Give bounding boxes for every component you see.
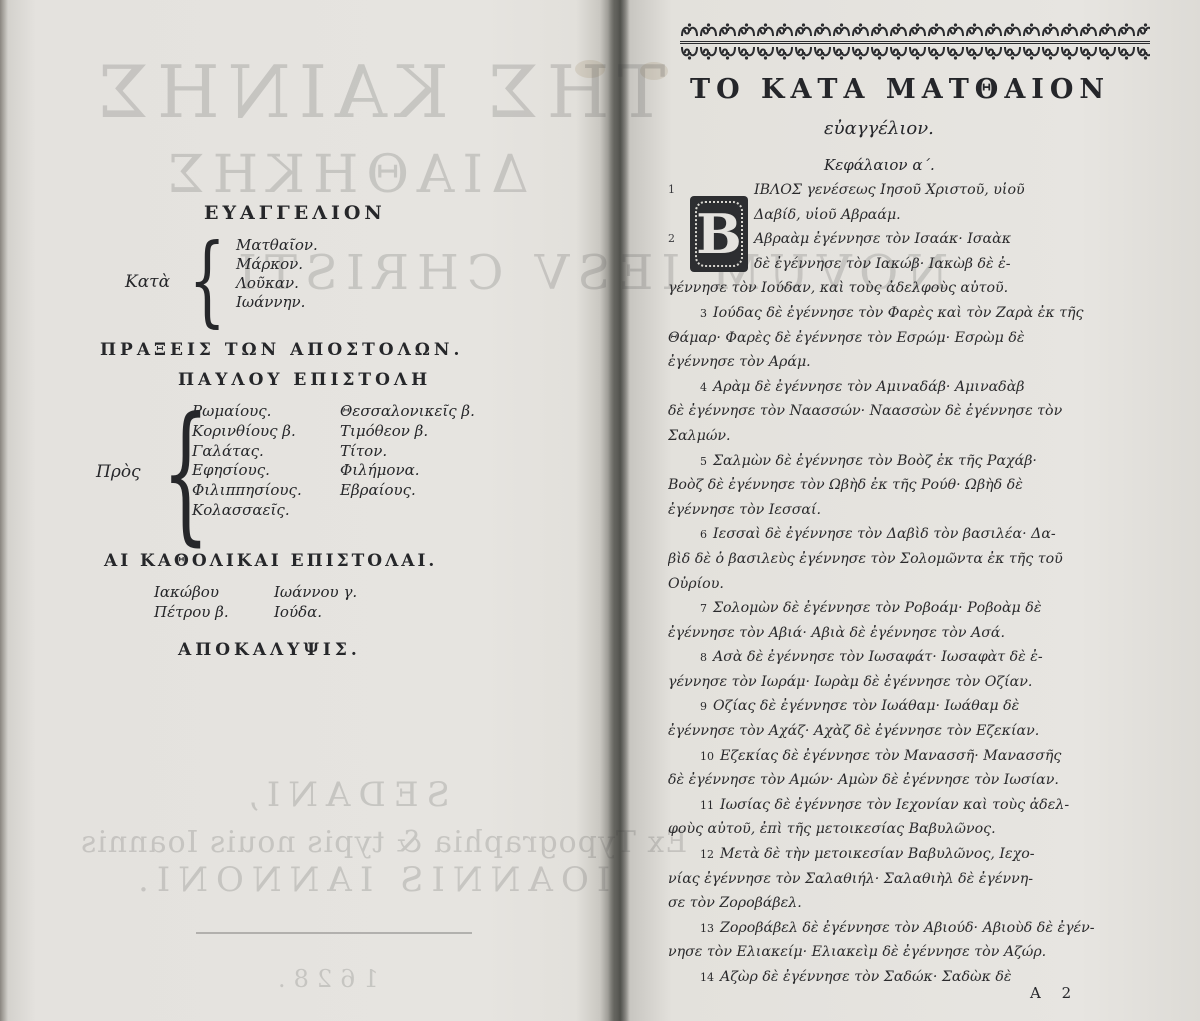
verse-number: 3 xyxy=(668,302,707,326)
text-line: ἐγέννησε τὸν Αβιά· Αβιὰ δὲ ἐγέννησε τὸν … xyxy=(668,621,1168,646)
text-line: δὲ ἐγέννησε τὸν Ναασσών· Ναασσὼν δὲ ἐγέν… xyxy=(668,399,1168,424)
show-through-rule xyxy=(196,932,472,934)
verse-number: 14 xyxy=(668,966,714,990)
text-line: Οὐρίου. xyxy=(668,572,1168,597)
kata-label: Κατὰ xyxy=(125,272,170,292)
ornament-fleuron-icon xyxy=(908,22,927,39)
show-through-text: ΔΙΑΘΗΚΗΣ xyxy=(160,145,529,205)
list-item: Πέτρου β. xyxy=(154,602,274,622)
list-item: Εφησίους. xyxy=(192,461,340,481)
verse-number: 12 xyxy=(668,843,714,867)
text-line: ἐγέννησε τὸν Αχάζ· Αχὰζ δὲ ἐγέννησε τὸν … xyxy=(668,719,1168,744)
text-line: 6Ιεσσαὶ δὲ ἐγέννησε τὸν Δαβὶδ τὸν βασιλέ… xyxy=(668,522,1168,547)
list-item xyxy=(340,501,520,521)
text-line: 14Αζὼρ δὲ ἐγέννησε τὸν Σαδώκ· Σαδὼκ δὲ xyxy=(668,965,1168,990)
verse-number: 5 xyxy=(668,450,707,474)
ornament-fleuron-icon xyxy=(775,22,794,39)
ornament-fleuron-icon xyxy=(851,22,870,39)
pros-label: Πρὸς xyxy=(96,462,141,482)
verse-number: 10 xyxy=(668,745,714,769)
ornament-fleuron-icon xyxy=(794,44,813,61)
pauline-epistles-list: Ρωμαίους. Θεσσαλονικεῖς β. Κορινθίους β.… xyxy=(192,402,520,521)
show-through-text: Ex Typographia & typis nouis Ioannis xyxy=(80,825,687,860)
heading-katholikai: ΑΙ ΚΑΘΟΛΙΚΑΙ ΕΠΙΣΤΟΛΑΙ. xyxy=(104,551,437,571)
verse-number: 2 xyxy=(668,227,688,252)
verse-text: Ζοροβάβελ δὲ ἐγέννησε τὸν Αβιούδ· Αβιοὺδ… xyxy=(720,920,1095,936)
chapter-heading: Κεφάλαιον α΄. xyxy=(824,156,935,174)
text-line: νίας ἐγέννησε τὸν Σαλαθιήλ· Σαλαθιὴλ δὲ … xyxy=(668,867,1168,892)
verse-text: δὲ ἐγέννησε τὸν Ναασσών· Ναασσὼν δὲ ἐγέν… xyxy=(668,403,1062,419)
list-item: Κολασσαεῖς. xyxy=(192,501,340,521)
verse-number: 4 xyxy=(668,376,707,400)
verse-text: Αζὼρ δὲ ἐγέννησε τὸν Σαδώκ· Σαδὼκ δὲ xyxy=(720,969,1012,985)
verse-text: Ιούδας δὲ ἐγέννησε τὸν Φαρὲς καὶ τὸν Ζαρ… xyxy=(713,305,1084,321)
list-item: Τίτον. xyxy=(340,442,520,462)
ornament-fleuron-icon xyxy=(813,44,832,61)
ornament-fleuron-icon xyxy=(718,22,737,39)
verse-text: ἐγέννησε τὸν Αχάζ· Αχὰζ δὲ ἐγέννησε τὸν … xyxy=(668,723,1039,739)
heading-praxeis: ΠΡΑΞΕΙΣ ΤΩΝ ΑΠΟΣΤΟΛΩΝ. xyxy=(100,340,463,360)
verse-number: 13 xyxy=(668,917,714,941)
list-item: Κορινθίους β. xyxy=(192,422,340,442)
verse-text: Βοὸζ δὲ ἐγέννησε τὸν Ωβὴδ ἐκ τῆς Ρούθ· Ω… xyxy=(668,477,1023,493)
text-line: 2Αβραὰμ ἐγέννησε τὸν Ισαάκ· Ισαὰκ xyxy=(668,227,1168,252)
list-item: Φιλήμονα. xyxy=(340,461,520,481)
ornament-fleuron-icon xyxy=(737,44,756,61)
ornament-fleuron-icon xyxy=(775,44,794,61)
brace-icon: { xyxy=(188,232,225,330)
list-item: Ματθαῖον. xyxy=(236,236,318,255)
text-line: 10Εζεκίας δὲ ἐγέννησε τὸν Μανασσῆ· Μανασ… xyxy=(668,744,1168,769)
ornament-fleuron-icon xyxy=(927,44,946,61)
text-line: νησε τὸν Ελιακείμ· Ελιακεὶμ δὲ ἐγέννησε … xyxy=(668,940,1168,965)
ornament-fleuron-icon xyxy=(1003,44,1022,61)
verse-text: δὲ ἐγέννησε τὸν Αμών· Αμὼν δὲ ἐγέννησε τ… xyxy=(668,772,1059,788)
text-line: 11Ιωσίας δὲ ἐγέννησε τὸν Ιεχονίαν καὶ το… xyxy=(668,793,1168,818)
verse-number: 9 xyxy=(668,695,707,719)
show-through-text: 1628. xyxy=(270,965,379,993)
ornament-fleuron-icon xyxy=(737,22,756,39)
verse-text: ἐγέννησε τὸν Αράμ. xyxy=(668,354,811,370)
ornament-fleuron-icon xyxy=(1079,22,1098,39)
ornament-fleuron-icon xyxy=(813,22,832,39)
ornament-fleuron-icon xyxy=(870,22,889,39)
ornament-fleuron-icon xyxy=(1060,22,1079,39)
verse-text: Οζίας δὲ ἐγέννησε τὸν Ιωάθαμ· Ιωάθαμ δὲ xyxy=(713,698,1019,714)
ornament-fleuron-icon xyxy=(946,44,965,61)
text-line: ἐγέννησε τὸν Ιεσσαί. xyxy=(668,498,1168,523)
ornament-fleuron-icon xyxy=(889,44,908,61)
verse-text: βὶδ δὲ ὁ βασιλεὺς ἐγέννησε τὸν Σολομῶντα… xyxy=(668,551,1063,567)
ornament-fleuron-icon xyxy=(756,44,775,61)
heading-apokalypsis: ΑΠΟΚΑΛΥΨΙΣ. xyxy=(178,640,361,660)
text-line: 4Αρὰμ δὲ ἐγέννησε τὸν Αμιναδάβ· Αμιναδὰβ xyxy=(668,375,1168,400)
ornament-fleuron-icon xyxy=(794,22,813,39)
text-line: 3Ιούδας δὲ ἐγέννησε τὸν Φαρὲς καὶ τὸν Ζα… xyxy=(668,301,1168,326)
verse-text: ἐγέννησε τὸν Ιεσσαί. xyxy=(668,502,821,518)
ornament-fleuron-icon xyxy=(1098,44,1117,61)
ornament-fleuron-icon xyxy=(1136,22,1150,39)
verse-number: 7 xyxy=(668,597,707,621)
verse-number: 1 xyxy=(668,178,688,203)
text-line: γέννησε τὸν Ιωράμ· Ιωρὰμ δὲ ἐγέννησε τὸν… xyxy=(668,670,1168,695)
ornament-fleuron-icon xyxy=(1098,22,1117,39)
book-gutter xyxy=(608,0,630,1021)
text-line: Θάμαρ· Φαρὲς δὲ ἐγέννησε τὸν Εσρώμ· Εσρὼ… xyxy=(668,326,1168,351)
ornament-fleuron-icon xyxy=(832,44,851,61)
verse-number: 11 xyxy=(668,794,714,818)
text-line: 9Οζίας δὲ ἐγέννησε τὸν Ιωάθαμ· Ιωάθαμ δὲ xyxy=(668,694,1168,719)
text-line: γέννησε τὸν Ιούδαν, καὶ τοὺς ἀδελφοὺς αὐ… xyxy=(668,276,1168,301)
verse-text: γέννησε τὸν Ιούδαν, καὶ τοὺς ἀδελφοὺς αὐ… xyxy=(668,280,1008,296)
ornament-fleuron-icon xyxy=(1022,22,1041,39)
verse-text: ἐγέννησε τὸν Αβιά· Αβιὰ δὲ ἐγέννησε τὸν … xyxy=(668,625,1005,641)
catholic-epistles-list: Ιακώβου Ιωάννου γ. Πέτρου β. Ιούδα. xyxy=(154,582,394,622)
verse-text: Σαλμὼν δὲ ἐγέννησε τὸν Βοὸζ ἐκ τῆς Ραχάβ… xyxy=(713,453,1037,469)
ornament-fleuron-icon xyxy=(984,44,1003,61)
ornament-fleuron-icon xyxy=(718,44,737,61)
list-item: Θεσσαλονικεῖς β. xyxy=(340,402,520,422)
list-item: Εβραίους. xyxy=(340,481,520,501)
ornament-fleuron-icon xyxy=(1117,22,1136,39)
ornament-fleuron-icon xyxy=(851,44,870,61)
ornament-fleuron-icon xyxy=(965,22,984,39)
text-line: 13Ζοροβάβελ δὲ ἐγέννησε τὸν Αβιούδ· Αβιο… xyxy=(668,916,1168,941)
list-item: Γαλάτας. xyxy=(192,442,340,462)
verse-text: Ιεσσαὶ δὲ ἐγέννησε τὸν Δαβὶδ τὸν βασιλέα… xyxy=(713,526,1056,542)
text-line: ἐγέννησε τὸν Αράμ. xyxy=(668,350,1168,375)
text-line: βὶδ δὲ ὁ βασιλεὺς ἐγέννησε τὸν Σολομῶντα… xyxy=(668,547,1168,572)
signature-mark: A 2 xyxy=(1030,984,1079,1002)
ornament-fleuron-icon xyxy=(1041,44,1060,61)
list-item: Ιωάννου γ. xyxy=(274,582,394,602)
verse-number: 8 xyxy=(668,646,707,670)
ornament-fleuron-icon xyxy=(699,44,718,61)
list-item: Τιμόθεον β. xyxy=(340,422,520,442)
show-through-text: SEDANI, xyxy=(240,775,450,815)
text-line: Βοὸζ δὲ ἐγέννησε τὸν Ωβὴδ ἐκ τῆς Ρούθ· Ω… xyxy=(668,473,1168,498)
ornament-fleuron-icon xyxy=(756,22,775,39)
verse-number: 6 xyxy=(668,523,707,547)
heading-evangelion: ΕΥΑΓΓΕΛΙΟΝ xyxy=(204,202,386,224)
ornament-fleuron-icon xyxy=(908,44,927,61)
ornament-band xyxy=(680,22,1150,41)
ornament-fleuron-icon xyxy=(1022,44,1041,61)
show-through-text: ΤΗΣ ΚΑΙΝΗΣ xyxy=(90,50,666,134)
text-line: 7Σολομὼν δὲ ἐγέννησε τὸν Ροβοάμ· Ροβοὰμ … xyxy=(668,596,1168,621)
verse-text: σε τὸν Ζοροβάβελ. xyxy=(668,895,802,911)
text-line: σε τὸν Ζοροβάβελ. xyxy=(668,891,1168,916)
verse-text: Μετὰ δὲ τὴν μετοικεσίαν Βαβυλῶνος, Ιεχο- xyxy=(720,846,1035,862)
ornament-fleuron-icon xyxy=(1041,22,1060,39)
ornament-fleuron-icon xyxy=(1117,44,1136,61)
ornament-fleuron-icon xyxy=(699,22,718,39)
verse-text: Σολομὼν δὲ ἐγέννησε τὸν Ροβοάμ· Ροβοὰμ δ… xyxy=(713,600,1041,616)
list-item: Ιακώβου xyxy=(154,582,274,602)
text-line: 12Μετὰ δὲ τὴν μετοικεσίαν Βαβυλῶνος, Ιεχ… xyxy=(668,842,1168,867)
list-item: Ρωμαίους. xyxy=(192,402,340,422)
ornament-fleuron-icon xyxy=(680,22,699,39)
verse-text: Δαβίδ, υἱοῦ Αβραάμ. xyxy=(754,207,901,223)
ornament-fleuron-icon xyxy=(1079,44,1098,61)
verse-text: Οὐρίου. xyxy=(668,576,724,592)
page-edge xyxy=(0,0,8,1021)
gospel-list: Ματθαῖον. Μάρκον. Λοῦκαν. Ιωάννην. xyxy=(236,236,318,312)
ornament-fleuron-icon xyxy=(870,44,889,61)
ornament-fleuron-icon xyxy=(1003,22,1022,39)
text-line: 8Ασὰ δὲ ἐγέννησε τὸν Ιωσαφάτ· Ιωσαφὰτ δὲ… xyxy=(668,645,1168,670)
verse-text: γέννησε τὸν Ιωράμ· Ιωρὰμ δὲ ἐγέννησε τὸν… xyxy=(668,674,1032,690)
text-line: δὲ ἐγέννησε τὸν Αμών· Αμὼν δὲ ἐγέννησε τ… xyxy=(668,768,1168,793)
verse-text: νησε τὸν Ελιακείμ· Ελιακεὶμ δὲ ἐγέννησε … xyxy=(668,944,1046,960)
text-line: φοὺς αὐτοῦ, ἐπὶ τῆς μετοικεσίας Βαβυλῶνο… xyxy=(668,817,1168,842)
verse-text: Ιωσίας δὲ ἐγέννησε τὸν Ιεχονίαν καὶ τοὺς… xyxy=(720,797,1069,813)
verse-text: Ασὰ δὲ ἐγέννησε τὸν Ιωσαφάτ· Ιωσαφὰτ δὲ … xyxy=(713,649,1043,665)
show-through-text: IOANNIS IANNONI. xyxy=(130,860,610,900)
verse-text: Θάμαρ· Φαρὲς δὲ ἐγέννησε τὸν Εσρώμ· Εσρὼ… xyxy=(668,330,1024,346)
text-line: Σαλμών. xyxy=(668,424,1168,449)
ornament-fleuron-icon xyxy=(946,22,965,39)
ornament-fleuron-icon xyxy=(832,22,851,39)
ornament-band xyxy=(680,44,1150,63)
verse-text: ΙΒΛΟΣ γενέσεως Ιησοῦ Χριστοῦ, υἱοῦ xyxy=(754,182,1025,198)
text-line: Δαβίδ, υἱοῦ Αβραάμ. xyxy=(668,203,1168,228)
verse-text: Αβραὰμ ἐγέννησε τὸν Ισαάκ· Ισαὰκ xyxy=(754,231,1011,247)
heading-paulou: ΠΑΥΛΟΥ ΕΠΙΣΤΟΛΗ xyxy=(178,370,431,390)
verse-text: φοὺς αὐτοῦ, ἐπὶ τῆς μετοικεσίας Βαβυλῶνο… xyxy=(668,821,996,837)
list-item: Ιούδα. xyxy=(274,602,394,622)
ornament-fleuron-icon xyxy=(889,22,908,39)
page-subtitle: εὐαγγέλιον. xyxy=(824,118,934,139)
ornament-fleuron-icon xyxy=(984,22,1003,39)
list-item: Μάρκον. xyxy=(236,255,318,274)
verse-text: Σαλμών. xyxy=(668,428,731,444)
ornament-fleuron-icon xyxy=(927,22,946,39)
ornament-fleuron-icon xyxy=(1060,44,1079,61)
list-item: Ιωάννην. xyxy=(236,293,318,312)
ornament-fleuron-icon xyxy=(965,44,984,61)
verse-text: Αρὰμ δὲ ἐγέννησε τὸν Αμιναδάβ· Αμιναδὰβ xyxy=(713,379,1025,395)
verse-text: δὲ ἐγέννησε τὸν Ιακώβ· Ιακὼβ δὲ ἐ- xyxy=(754,256,1011,272)
text-line: δὲ ἐγέννησε τὸν Ιακώβ· Ιακὼβ δὲ ἐ- xyxy=(668,252,1168,277)
list-item: Φιλιππησίους. xyxy=(192,481,340,501)
ornament-fleuron-icon xyxy=(680,44,699,61)
verse-text: νίας ἐγέννησε τὸν Σαλαθιήλ· Σαλαθιὴλ δὲ … xyxy=(668,871,1033,887)
ornament-fleuron-icon xyxy=(1136,44,1150,61)
gospel-text: 1ΙΒΛΟΣ γενέσεως Ιησοῦ Χριστοῦ, υἱοῦΔαβίδ… xyxy=(668,178,1168,990)
ornamental-headpiece xyxy=(680,22,1150,64)
page-title: ΤΟ ΚΑΤΑ ΜΑΤΘΑΙΟΝ xyxy=(690,74,1110,105)
text-line: 1ΙΒΛΟΣ γενέσεως Ιησοῦ Χριστοῦ, υἱοῦ xyxy=(668,178,1168,203)
verse-text: Εζεκίας δὲ ἐγέννησε τὸν Μανασσῆ· Μανασσῆ… xyxy=(720,748,1061,764)
text-line: 5Σαλμὼν δὲ ἐγέννησε τὸν Βοὸζ ἐκ τῆς Ραχά… xyxy=(668,449,1168,474)
list-item: Λοῦκαν. xyxy=(236,274,318,293)
